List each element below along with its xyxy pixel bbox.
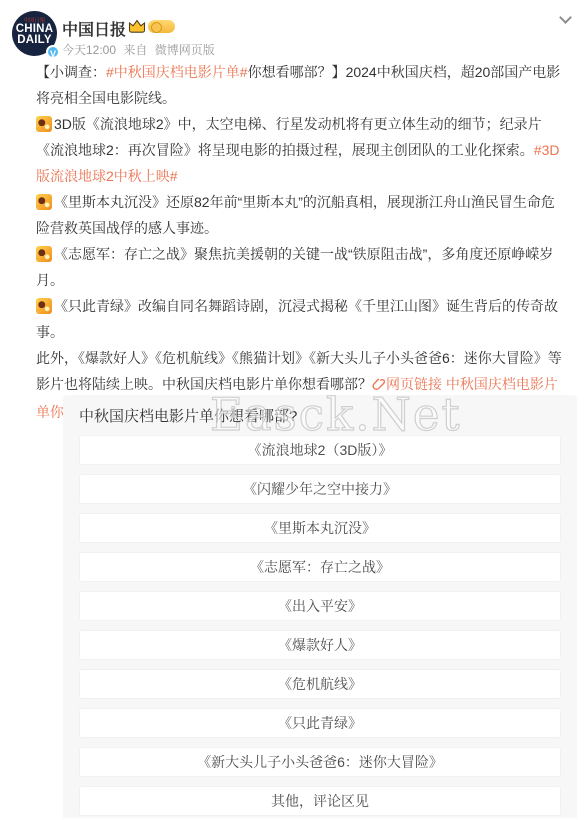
source-prefix: 来自 [123, 43, 147, 57]
vip-level-badge-icon[interactable] [148, 20, 175, 33]
post-meta: 今天12:00 来自 微博网页版 [62, 41, 215, 58]
poll-option[interactable]: 《出入平安》 [79, 591, 561, 621]
poll-title: 中秋国庆档电影片单你想看哪部? [63, 395, 577, 435]
poll-option[interactable]: 《流浪地球2（3D版）》 [79, 435, 561, 465]
movie-emoji-icon [36, 116, 52, 132]
movie-emoji-icon [36, 246, 52, 262]
poll-option[interactable]: 其他，评论区见 [79, 786, 561, 816]
poll-option[interactable]: 《闪耀少年之空中接力》 [79, 474, 561, 504]
movie-emoji-icon [36, 298, 52, 314]
avatar[interactable]: 中国日报 CHINA DAILY V [12, 11, 57, 56]
post-text-segment: 《里斯本丸沉没》还原82年前“里斯本丸”的沉船真相，展现浙江舟山渔民冒生命危险营… [36, 194, 555, 236]
post-text-segment: 《志愿军：存亡之战》聚焦抗美援朝的关键一战“铁原阻击战”，多角度还原峥嵘岁月。 [36, 246, 553, 288]
poll-options: 《流浪地球2（3D版）》《闪耀少年之空中接力》《里斯本丸沉没》《志愿军：存亡之战… [63, 435, 577, 816]
verified-badge-icon: V [46, 45, 60, 59]
vip-crown-icon[interactable] [128, 19, 146, 34]
source-link[interactable]: 微博网页版 [155, 43, 215, 57]
chevron-down-icon [559, 11, 572, 24]
poll-option[interactable]: 《只此青绿》 [79, 708, 561, 738]
post-text-segment: 3D版《流浪地球2》中，太空电梯、行星发动机将有更立体生动的细节；纪录片《流浪地… [36, 116, 542, 158]
poll-option[interactable]: 《危机航线》 [79, 669, 561, 699]
poll-option[interactable]: 《里斯本丸沉没》 [79, 513, 561, 543]
post-menu-chevron[interactable] [554, 8, 576, 30]
movie-emoji-icon [36, 194, 52, 210]
user-badges [128, 19, 175, 34]
username[interactable]: 中国日报 [62, 17, 126, 40]
poll-option[interactable]: 《爆款好人》 [79, 630, 561, 660]
poll-option[interactable]: 《志愿军：存亡之战》 [79, 552, 561, 582]
post-text-segment: 【小调查： [36, 64, 106, 80]
poll-option[interactable]: 《新大头儿子小头爸爸6：迷你大冒险》 [79, 747, 561, 777]
post-text: 【小调查：#中秋国庆档电影片单#你想看哪部？】2024中秋国庆档，超20部国产电… [36, 59, 563, 425]
poll-card: 中秋国庆档电影片单你想看哪部? 《流浪地球2（3D版）》《闪耀少年之空中接力》《… [63, 395, 577, 818]
avatar-script-text: 中国日报 [14, 17, 55, 23]
hashtag-link[interactable]: #中秋国庆档电影片单# [106, 64, 248, 80]
weibo-post: 中国日报 CHINA DAILY V 中国日报 今天12:00 来自 微博网页版… [0, 0, 584, 820]
timestamp[interactable]: 今天12:00 [62, 43, 116, 57]
